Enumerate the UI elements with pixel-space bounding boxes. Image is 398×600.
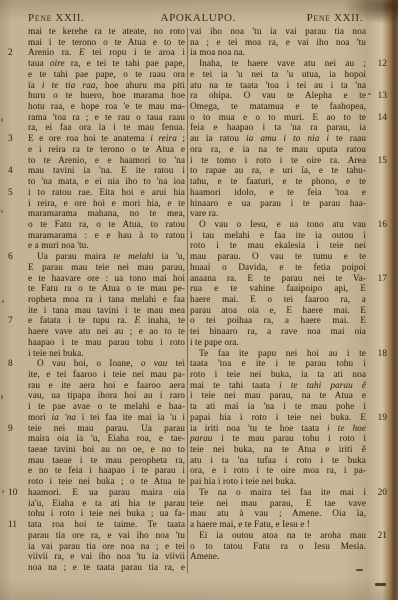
text-line: to te Arenio, e e haamori to 'na [28,155,185,166]
line-text: Omega, te matamua e te faahopea, [190,101,366,111]
text-line: noa na ; e te taata parau tia ra, e [28,562,185,573]
text-line: to rapae au ra, e uri ïa, e te tahu- [190,165,366,176]
text-line: 7e fatata i te tupu ra. E inaha, te [28,315,185,326]
verse-number: 17 [378,273,387,284]
line-text: i teie nei mau parau, na te Atua e [190,390,366,400]
line-text: ropheta moa ra i tana melahi e faa [28,294,185,304]
line-text: teie nei mau parau, E tae vave [190,498,366,508]
text-line: i teie nei mau parau, na te Atua e [190,390,366,401]
text-line: mori ia 'na i tei faa ite mai ia 'u i [28,412,185,423]
line-text: ora, e i roto i te oire moa ra, i pa- [190,465,366,475]
line-text: e a muri noa 'tu. [28,240,89,250]
line-text: Arenio ra. E tei ropu i te aroa i [28,47,185,57]
line-text: mai i te terono o te Atua e to te [28,37,185,47]
line-text: haamori idolo, e te feia 'toa e [190,187,366,197]
text-line: i te pae avae o te melahi e haa- [28,401,185,412]
text-line: 8O vau hoi, o Ioane, o vau tei [28,358,185,369]
text-line: ropheta moa ra i tana melahi e faa [28,294,185,305]
text-line: 16O vau o Iesu, e ua tono atu vau [190,219,366,230]
text-line: taua oire ra, e tei te tahi pae pape, [28,58,185,69]
line-text: ia vai parau tia ore noa na ; e tei [28,541,185,551]
text-line: o te Fatu ra, o te Atua, to ratou [28,219,185,230]
verse-number: 18 [378,348,387,359]
line-text: ora ra, e ia na te mau uputa ratou [190,144,366,154]
text-line: rau e ite aera hoi e faaroo aera [28,380,185,391]
text-line: maira oia ia 'u, Eiaha roa, e tae- [28,433,185,444]
line-text: roto i teie nei buka ; o te Atua te [28,476,185,486]
text-column-left: mai te kerehe ra te ateate, no rotomai i… [28,26,185,573]
verse-number: 6 [8,251,13,262]
line-text: au ia ratou ia amu i to nia i te raau [190,133,366,143]
running-head: Pene XXII. APOKALUPO. Pene XXII. [0,0,398,26]
line-text: ite i tana mau tavini i te mau mea [28,305,185,315]
line-text: ra, ei faa ora ïa i te mau fenua. [28,122,185,132]
line-text: i to ratou rae. Eita hoi e arui hia [28,187,185,197]
running-head-chapter-right: Pene XXII. [307,12,363,24]
text-line: mau taeae i te mau peropheta ra, [28,455,185,466]
text-line: vau, ua tipapa ihora hoi au i raro [28,390,185,401]
line-text: feia e haapao i ta 'na ra parau, ia [190,122,366,132]
text-line: taeae tavini hoi au no oe, e no to [28,444,185,455]
text-line: i tau melahi e faa ite ia outou i [190,230,366,241]
text-line: Omega, te matamua e te faahopea, [190,101,366,112]
line-text: rua e te vahine faaipoipo api, E [190,283,366,293]
text-line: ia vai parau tia ore noa na ; e tei [28,541,185,552]
text-line: atu na te taata 'toa i tei au i ta 'na [190,80,366,91]
text-line: 17anaana ra. E te parau nei te Va- [190,273,366,284]
ink-speck [2,490,4,493]
verse-number: 11 [8,519,17,530]
text-line: i reira, e ore hoi e mori hia, e te [28,198,185,209]
line-text: maira oia ia 'u, Eiaha roa, e tae- [28,433,185,443]
ink-speck [2,300,4,303]
text-line: 18Te faa ite papu nei hoi au i te [190,348,366,359]
line-text: teie nei mau parau. Ua parau [28,423,185,433]
line-text: ta ati mai ia 'na i te mau pohe i [190,401,366,411]
text-line: roto i teie nei buka ; o te Atua te [28,476,185,487]
line-text: mori ia 'na i tei faa ite mai ia 'u i [28,412,185,422]
text-line: mai te tahi taata i te tahi parau ê [190,380,366,391]
text-line: 14o to mua e o to muri. E ao to te [190,112,366,123]
text-line: ia'u, Eiaha e ta ati hia te parau [28,498,185,509]
line-text: a haere mai, e te Fatu, e Iesu e ! [190,519,310,529]
line-text: i te pape ora. [190,337,239,347]
line-text: vau, ua tipapa ihora hoi au i raro [28,390,185,400]
text-line: 11tata roa hoi te taime. Te taata [28,519,185,530]
text-line: ora, e i roto i te oire moa ra, i pa- [190,465,366,476]
line-text: taua oire ra, e tei te tahi pae pape, [28,58,185,68]
line-text: e fatata i te tupu ra. E inaha, te [28,315,185,325]
line-text: Inaha, te haere vave atu nei au ; [199,58,366,68]
line-text: huru o te huero, hoe marama hoe [28,90,185,100]
line-text: rama 'toa ra ; e te rau o taua raau [28,112,185,122]
line-text: tei hinaaro ra, a rave noa mai oia [190,326,366,336]
text-line: roto i te mau ekalesia i teie nei [190,240,366,251]
text-line: au ia ratou ia amu i to nia i te raau [190,133,366,144]
text-line: parau i te mau parau tohu i roto i [190,433,366,444]
verse-number: 5 [8,187,13,198]
ink-speck [375,583,386,586]
line-text: mau tavini ia 'na. E ite ratou i [28,165,185,175]
line-text: na ; e tei moa ra, e vai iho noa 'tu [190,37,366,47]
text-line: i teie nei buka. [28,348,185,359]
text-line: 3E e ore roa hoi te anatema i reira ; [28,133,185,144]
text-line: ta ati mai ia 'na i te mau pohe i [190,401,366,412]
ink-speck [356,569,363,571]
text-line: mau atu à vau ; Amene. Oia ïa, [190,508,366,519]
text-line: teie nei buka, na te Atua e iriti ê [190,444,366,455]
line-text: E e ore roa hoi te anatema i reira ; [28,133,185,143]
line-text: roto i te mau ekalesia i teie nei [190,240,366,250]
text-line: taata 'toa e ite i te parau tohu i [190,358,366,369]
line-text: mai te tahi taata i te tahi parau ê [190,380,366,390]
text-line: e tei ia 'u nei ta 'u utua, ia hopoi [190,69,366,80]
text-line: huaai o Davida, e te fetia poipoi [190,262,366,273]
verse-number: 4 [8,165,13,176]
line-text: o te Fatu ra, o te Atua, to ratou [28,219,185,229]
text-line: maramarama mahana, no te mea, [28,208,185,219]
line-text: o to mua e o to muri. E ao to te [190,112,366,122]
text-line: i te pape ora. [190,337,366,348]
text-line: 13ra ohipa. O vau te Alepha e te [190,90,366,101]
line-text: rau e ite aera hoi e faaroo aera [28,380,185,390]
text-line: e i reira ra te terono o te Atua e [28,144,185,155]
line-text: Ua parau maira te melahi ia 'u, [37,251,185,261]
line-text: haere mai. E o tei faaroo ra, a [190,294,366,304]
line-text: parau tia ore ra, e vai iho noa 'tu [28,530,185,540]
line-text: ia iriti noa 'tu te hoe taata i te hoe [190,423,366,433]
line-text: te Fatu ra o te Atua o te mau pe- [28,283,185,293]
line-text: roto i teie nei buka, ia ta ati noa [190,369,366,379]
line-text: e te tahi pae pape, o te raau ora [28,69,185,79]
text-line: 19papai hia i roto i teie nei buka. E [190,412,366,423]
verse-number: 7 [8,315,13,326]
text-line: a haere mai, e te Fatu, e Iesu e ! [190,519,366,530]
text-line: rua e te vahine faaipoipo api, E [190,283,366,294]
line-text: e i reira ra te terono o te Atua e [28,144,185,154]
text-line: 12Inaha, te haere vave atu nei au ; [190,58,366,69]
text-line: ia iriti noa 'tu te hoe taata i te hoe [190,423,366,434]
line-text: tahu, e te faaturi, e te phono, e te [190,176,366,186]
text-line: haere vave atu nei au ; e ao to te [28,326,185,337]
verse-number: 10 [8,487,17,498]
verse-number: 8 [8,358,13,369]
line-text: E parau mau teie nei mau parau, [28,262,185,272]
running-head-book-title: APOKALUPO. [161,12,236,24]
text-line: parau tia ore ra, e vai iho noa 'tu [28,530,185,541]
line-text: i tau melahi e faa ite ia outou i [190,230,366,240]
ink-speck [1,395,3,399]
text-line: parau atoa oia e, E haere mai. E [190,305,366,316]
text-line: 21Ei ia outou atoa na te aroha mau [190,530,366,541]
line-text: i te tomo i roto i te oire ra. Area [190,155,366,165]
verse-number: 3 [8,133,13,144]
line-text: Ei ia outou atoa na te aroha mau [199,530,366,540]
line-text: mau taeae i te mau peropheta ra, [28,455,185,465]
text-line: 10haamori. E ua parau maira oia [28,487,185,498]
text-line: vai iho noa 'tu ia vai parau tia noa [190,26,366,37]
text-line: 2Arenio ra. E tei ropu i te aroa i [28,47,185,58]
text-line: tohu i roto i teie nei buka ; ua fa- [28,508,185,519]
line-text: atu i ta 'na tufaa i roto i te buka [190,455,366,465]
line-text: i teie nei buka. [28,348,84,358]
text-line: e no te feia i haapao i te parau i [28,465,185,476]
verse-number: 2 [8,47,13,58]
text-line: haere mai. E o tei faaroo ra, a [190,294,366,305]
line-text: haamori. E ua parau maira oia [28,487,185,497]
text-line: teie nei mau parau, E tae vave [190,498,366,509]
text-line: ïa i te tia raa, hoe ahuru ma piti [28,80,185,91]
line-text: ia moa noa na. [190,47,245,57]
verse-number: 14 [378,112,387,123]
text-line: te Fatu ra o te Atua o te mau pe- [28,283,185,294]
verse-number: 9 [8,423,13,434]
verse-number: 12 [378,58,387,69]
line-text: haere vave atu nei au ; e ao to te [28,326,185,336]
line-text: taata 'toa e ite i te parau tohu i [190,358,366,368]
line-text: hinaaro e ua parau i te parau haa- [190,198,366,208]
text-line: ra, ei faa ora ïa i te mau fenua. [28,122,185,133]
text-line: 6Ua parau maira te melahi ia 'u, [28,251,185,262]
text-line: e a muri noa 'tu. [28,240,185,251]
line-text: to 'na mata, e ei nia iho to 'na ioa [28,176,185,186]
text-line: 5i to ratou rae. Eita hoi e arui hia [28,187,185,198]
line-text: anaana ra. E te parau nei te Va- [190,273,366,283]
text-line: roto i teie nei buka, ia ta ati noa [190,369,366,380]
line-text: Amene. [190,551,219,561]
ink-speck [368,93,371,95]
verse-number: 13 [378,90,387,101]
text-line: huru o te huero, hoe marama hoe [28,90,185,101]
text-line: hotu raa, e hope roa 'e te mau ma- [28,101,185,112]
text-line: rama 'toa ra ; e te rau o taua raau [28,112,185,123]
text-line: vare ra. [190,208,366,219]
text-line: E parau mau teie nei mau parau, [28,262,185,273]
line-text: mau atu à vau ; Amene. Oia ïa, [190,508,366,518]
line-text: o tei poihaa ra, a haere mai. E [190,315,366,325]
text-line: na ; e tei moa ra, e vai iho noa 'tu [190,37,366,48]
column-divider-rule [187,28,188,573]
text-line: atu i ta 'na tufaa i roto i te buka [190,455,366,466]
line-text: pai hia i roto i teie nei buka. [190,476,296,486]
line-text: O vau hoi, o Ioane, o vau tei [37,358,185,368]
text-line: e te tahi pae pape, o te raau ora [28,69,185,80]
text-line: 20Te na o maira tei faa ite mai i [190,487,366,498]
line-text: to rapae au ra, e uri ïa, e te tahu- [190,165,366,175]
line-text: hotu raa, e hope roa 'e te mau ma- [28,101,185,111]
ink-speck [1,118,3,122]
line-text: ia'u, Eiaha e ta ati hia te parau [28,498,185,508]
text-column-right: vai iho noa 'tu ia vai parau tia noana ;… [190,26,366,562]
text-line: mau parau. O vau te tumu e te [190,251,366,262]
text-line: pai hia i roto i teie nei buka. [190,476,366,487]
text-line: ora ra, e ia na te mau uputa ratou [190,144,366,155]
line-text: atu na te taata 'toa i tei au i ta 'na [190,80,366,90]
line-text: vare ra. [190,208,218,218]
line-text: maramarama mahana, no te mea, [28,208,185,218]
line-text: Te na o maira tei faa ite mai i [199,487,366,497]
line-text: to te Arenio, e e haamori to 'na [28,155,185,165]
line-text: e te haavare ore : ua tono mai hoi [28,273,185,283]
line-text: i reira, e ore hoi e mori hia, e te [28,198,185,208]
text-line: haapao i te mau parau tohu i roto [28,337,185,348]
line-text: haapao i te mau parau tohu i roto [28,337,185,347]
line-text: noa na ; e te taata parau tia ra, e [28,562,185,572]
text-line: e te haavare ore : ua tono mai hoi [28,273,185,284]
text-line: haamori idolo, e te feia 'toa e [190,187,366,198]
verse-number: 15 [378,155,387,166]
text-line: 15i te tomo i roto i te oire ra. Area [190,155,366,166]
line-text: parau i te mau parau tohu i roto i [190,433,366,443]
text-line: viivii ra, e vai iho noa 'tu ia viivii [28,551,185,562]
text-line: to 'na mata, e ei nia iho to 'na ioa [28,176,185,187]
text-line: 9teie nei mau parau. Ua parau [28,423,185,434]
line-text: o to tatou Fatu ra o Iesu Mesia. [190,541,366,551]
line-text: parau atoa oia e, E haere mai. E [190,305,366,315]
line-text: ite, e tei faaroo i teie nei mau pa- [28,369,185,379]
text-line: tahu, e te faaturi, e te phono, e te [190,176,366,187]
line-text: huaai o Davida, e te fetia poipoi [190,262,366,272]
text-line: o tei poihaa ra, a haere mai. E [190,315,366,326]
line-text: mai te kerehe ra te ateate, no roto [28,26,185,36]
verse-number: 20 [378,487,387,498]
line-text: taeae tavini hoi au no oe, e no to [28,444,185,454]
book-page-scan: Pene XXII. APOKALUPO. Pene XXII. mai te … [0,0,398,600]
text-line: mai i te terono o te Atua e to te [28,37,185,48]
line-text: vai iho noa 'tu ia vai parau tia noa [190,26,366,36]
text-line: ite, e tei faaroo i teie nei mau pa- [28,369,185,380]
text-line: Amene. [190,551,366,562]
line-text: i te pae avae o te melahi e haa- [28,401,185,411]
line-text: mau parau. O vau te tumu e te [190,251,366,261]
line-text: papai hia i roto i teie nei buka. E [190,412,366,422]
text-line: ite i tana mau tavini i te mau mea [28,305,185,316]
text-line: 4mau tavini ia 'na. E ite ratou i [28,165,185,176]
line-text: Te faa ite papu nei hoi au i te [199,348,366,358]
line-text: maramarama : e e hau à to ratou [28,230,185,240]
line-text: O vau o Iesu, e ua tono atu vau [199,219,366,229]
line-text: viivii ra, e vai iho noa 'tu ia viivii [28,551,185,561]
text-line: ia moa noa na. [190,47,366,58]
text-line: hinaaro e ua parau i te parau haa- [190,198,366,209]
running-head-chapter-left: Pene XXII. [28,12,84,24]
text-line: tei hinaaro ra, a rave noa mai oia [190,326,366,337]
line-text: teie nei buka, na te Atua e iriti ê [190,444,366,454]
line-text: tohu i roto i teie nei buka ; ua fa- [28,508,185,518]
line-text: e tei ia 'u nei ta 'u utua, ia hopoi [190,69,366,79]
line-text: e no te feia i haapao i te parau i [28,465,185,475]
line-text: tata roa hoi te taime. Te taata [28,519,185,529]
text-line: mai te kerehe ra te ateate, no roto [28,26,185,37]
verse-number: 21 [378,530,387,541]
text-line: o to tatou Fatu ra o Iesu Mesia. [190,541,366,552]
verse-number: 16 [378,219,387,230]
line-text: ïa i te tia raa, hoe ahuru ma piti [28,80,185,90]
verse-number: 19 [378,412,387,423]
line-text: ra ohipa. O vau te Alepha e te [190,90,366,100]
ink-speck [1,210,3,213]
text-line: maramarama : e e hau à to ratou [28,230,185,241]
text-line: feia e haapao i ta 'na ra parau, ia [190,122,366,133]
